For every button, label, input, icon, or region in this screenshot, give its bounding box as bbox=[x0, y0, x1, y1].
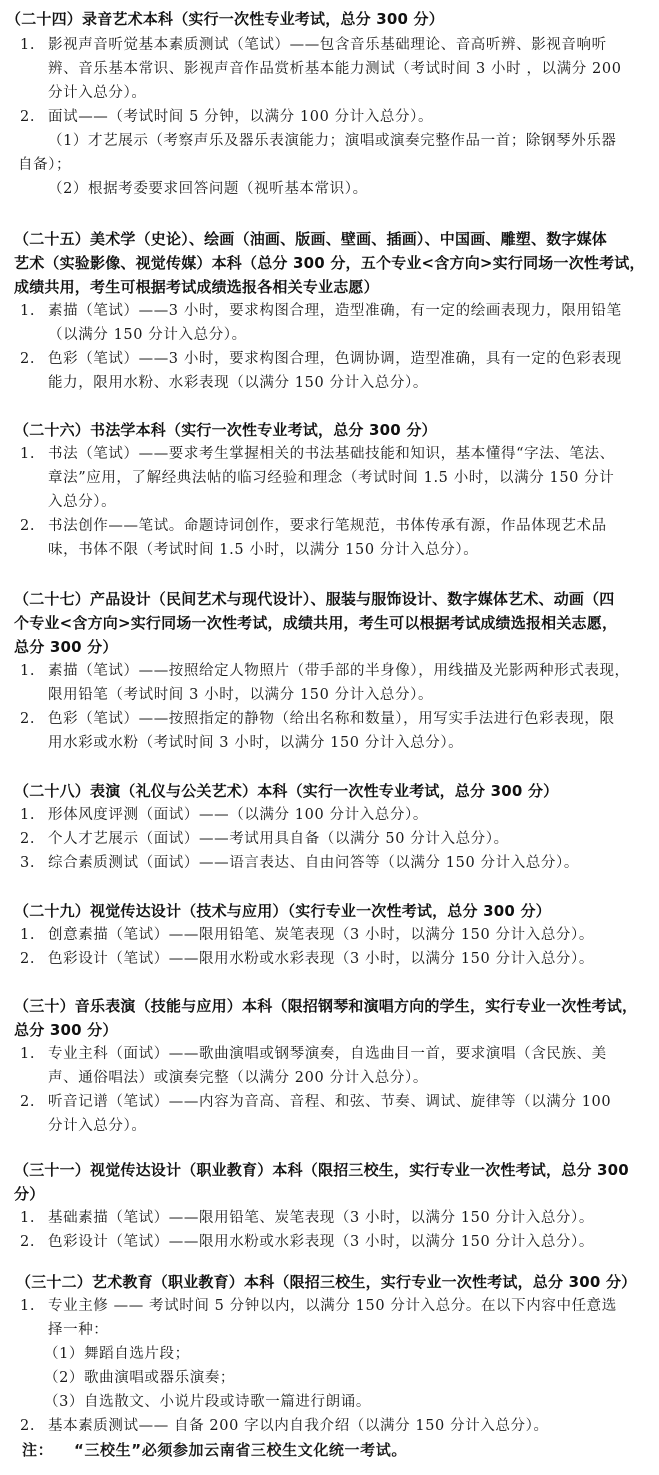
item-text: 个人才艺展示（面试）——考试用具自备（以满分 50 分计入总分）。 bbox=[48, 831, 509, 847]
item-text: 专业主修 —— 考试时间 5 分钟以内，以满分 150 分计入总分。在以下内容中… bbox=[48, 1298, 617, 1314]
item-number: 2. bbox=[0, 1232, 48, 1252]
item-number: 1. bbox=[0, 35, 48, 55]
item-number: 2. bbox=[0, 709, 48, 729]
item-text: 听音记谱（笔试）——内容为音高、音程、和弦、节奏、调试、旋律等（以满分 100 bbox=[48, 1094, 611, 1110]
section-24-subitem-1-cont: 自备）； bbox=[18, 155, 71, 175]
item-number: 2. bbox=[0, 949, 48, 969]
item-text: 创意素描（笔试）——限用铅笔、炭笔表现（3 小时，以满分 150 分计入总分）。 bbox=[48, 927, 594, 943]
section-28-item-1: 1.形体风度评测（面试）——（以满分 100 分计入总分）。 bbox=[0, 805, 428, 825]
section-26-heading: （二十六）书法学本科（实行一次性专业考试，总分 300 分） bbox=[14, 420, 437, 440]
item-number: 1. bbox=[0, 661, 48, 681]
section-32-subitem-1: （1）舞蹈自选片段； bbox=[0, 1344, 190, 1364]
section-30-heading: （三十）音乐表演（技能与应用）本科（限招钢琴和演唱方向的学生，实行专业一次性考试… bbox=[14, 996, 637, 1016]
section-24-item-2: 2.面试——（考试时间 5 分钟，以满分 100 分计入总分）。 bbox=[0, 107, 433, 127]
item-number: 2. bbox=[0, 1092, 48, 1112]
item-number: 2. bbox=[0, 516, 48, 536]
section-27-heading: 个专业<含方向>实行同场一次性考试，成绩共用，考生可以根据考试成绩选报相关志愿， bbox=[14, 613, 617, 633]
item-number: 1. bbox=[0, 1044, 48, 1064]
section-30-item-2: 2.听音记谱（笔试）——内容为音高、音程、和弦、节奏、调试、旋律等（以满分 10… bbox=[0, 1092, 611, 1112]
section-25-heading: （二十五）美术学（史论）、绘画（油画、版画、壁画、插画）、中国画、雕塑、数字媒体 bbox=[14, 229, 607, 249]
section-27-heading: （二十七）产品设计（民间艺术与现代设计）、服装与服饰设计、数字媒体艺术、动画（四 bbox=[14, 589, 615, 609]
item-number: 1. bbox=[0, 925, 48, 945]
section-28-item-2: 2.个人才艺展示（面试）——考试用具自备（以满分 50 分计入总分）。 bbox=[0, 829, 509, 849]
section-24-subitem-1: （1）才艺展示（考察声乐及器乐表演能力；演唱或演奏完整作品一首；除钢琴外乐器 bbox=[0, 131, 617, 151]
section-26-item-1: 1.书法（笔试）——要求考生掌握相关的书法基础技能和知识，基本懂得“字法、笔法、 bbox=[0, 444, 615, 464]
section-27-item-1: 1.素描（笔试）——按照给定人物照片（带手部的半身像），用线描及光影两种形式表现… bbox=[0, 661, 630, 681]
item-text: 色彩（笔试）——按照指定的静物（给出名称和数量），用写实手法进行色彩表现，限 bbox=[48, 711, 615, 727]
footnote: 注：“三校生”必须参加云南省三校生文化统一考试。 bbox=[22, 1440, 407, 1460]
section-26-item-1-cont: 入总分）。 bbox=[0, 492, 116, 512]
item-text: 色彩（笔试）——3 小时，要求构图合理，色调协调，造型准确，具有一定的色彩表现 bbox=[48, 351, 622, 367]
section-31-item-1: 1.基础素描（笔试）——限用铅笔、炭笔表现（3 小时，以满分 150 分计入总分… bbox=[0, 1208, 594, 1228]
section-31-heading: 分） bbox=[14, 1184, 44, 1204]
section-25-heading: 成绩共用，考生可根据考试成绩选报各相关专业志愿） bbox=[14, 277, 379, 297]
section-30-item-2-cont: 分计入总分）。 bbox=[0, 1116, 146, 1136]
section-32-item-1: 1.专业主修 —— 考试时间 5 分钟以内，以满分 150 分计入总分。在以下内… bbox=[0, 1296, 617, 1316]
section-28-heading: （二十八）表演（礼仪与公关艺术）本科（实行一次性专业考试，总分 300 分） bbox=[14, 781, 558, 801]
section-28-item-3: 3.综合素质测试（面试）——语言表达、自由问答等（以满分 150 分计入总分）。 bbox=[0, 853, 579, 873]
section-32-item-2: 2.基本素质测试—— 自备 200 字以内自我介绍（以满分 150 分计入总分）… bbox=[0, 1416, 549, 1436]
section-25-heading: 艺术（实验影像、视觉传媒）本科（总分 300 分，五个专业<含方向>实行同场一次… bbox=[14, 253, 645, 273]
section-32-subitem-2: （2）歌曲演唱或器乐演奏； bbox=[0, 1368, 235, 1388]
item-text: 基本素质测试—— 自备 200 字以内自我介绍（以满分 150 分计入总分）。 bbox=[48, 1418, 549, 1434]
section-29-heading: （二十九）视觉传达设计（技术与应用）（实行专业一次性考试，总分 300 分） bbox=[14, 901, 551, 921]
section-27-item-2-cont: 用水彩或水粉（考试时间 3 小时，以满分 150 分计入总分）。 bbox=[0, 733, 463, 753]
section-24-item-1-cont: 分计入总分）。 bbox=[0, 83, 146, 103]
section-24-subitem-2: （2）根据考委要求回答问题（视听基本常识）。 bbox=[0, 179, 368, 199]
footnote-text: “三校生”必须参加云南省三校生文化统一考试。 bbox=[74, 1441, 407, 1459]
section-26-item-2-cont: 味，书体不限（考试时间 1.5 小时，以满分 150 分计入总分）。 bbox=[0, 540, 478, 560]
item-text: 综合素质测试（面试）——语言表达、自由问答等（以满分 150 分计入总分）。 bbox=[48, 855, 579, 871]
section-30-item-1: 1.专业主科（面试）——歌曲演唱或钢琴演奏，自选曲目一首，要求演唱（含民族、美 bbox=[0, 1044, 607, 1064]
item-text: 基础素描（笔试）——限用铅笔、炭笔表现（3 小时，以满分 150 分计入总分）。 bbox=[48, 1210, 594, 1226]
item-number: 3. bbox=[0, 853, 48, 873]
section-25-item-2-cont: 能力，限用水粉、水彩表现（以满分 150 分计入总分）。 bbox=[0, 373, 428, 393]
item-text: 书法（笔试）——要求考生掌握相关的书法基础技能和知识，基本懂得“字法、笔法、 bbox=[48, 446, 615, 462]
item-number: 2. bbox=[0, 349, 48, 369]
section-27-item-2: 2.色彩（笔试）——按照指定的静物（给出名称和数量），用写实手法进行色彩表现，限 bbox=[0, 709, 615, 729]
section-25-item-1-cont: （以满分 150 分计入总分）。 bbox=[0, 325, 247, 345]
section-25-item-2: 2.色彩（笔试）——3 小时，要求构图合理，色调协调，造型准确，具有一定的色彩表… bbox=[0, 349, 622, 369]
section-31-heading: （三十一）视觉传达设计（职业教育）本科（限招三校生，实行专业一次性考试，总分 3… bbox=[14, 1160, 629, 1180]
item-text: 色彩设计（笔试）——限用水粉或水彩表现（3 小时，以满分 150 分计入总分）。 bbox=[48, 1234, 594, 1250]
item-text: 素描（笔试）——3 小时，要求构图合理，造型准确，有一定的绘画表现力，限用铅笔 bbox=[48, 303, 622, 319]
item-number: 1. bbox=[0, 1208, 48, 1228]
section-29-item-2: 2.色彩设计（笔试）——限用水粉或水彩表现（3 小时，以满分 150 分计入总分… bbox=[0, 949, 594, 969]
section-27-heading: 总分 300 分） bbox=[14, 637, 118, 657]
item-text: 面试——（考试时间 5 分钟，以满分 100 分计入总分）。 bbox=[48, 109, 433, 125]
section-30-heading: 总分 300 分） bbox=[14, 1020, 118, 1040]
section-29-item-1: 1.创意素描（笔试）——限用铅笔、炭笔表现（3 小时，以满分 150 分计入总分… bbox=[0, 925, 594, 945]
footnote-label: 注： bbox=[22, 1440, 74, 1460]
section-25-item-1: 1.素描（笔试）——3 小时，要求构图合理，造型准确，有一定的绘画表现力，限用铅… bbox=[0, 301, 622, 321]
item-number: 1. bbox=[0, 805, 48, 825]
item-number: 2. bbox=[0, 107, 48, 127]
item-number: 1. bbox=[0, 301, 48, 321]
item-number: 1. bbox=[0, 444, 48, 464]
section-26-item-1-cont: 章法”应用，了解经典法帖的临习经验和理念（考试时间 1.5 小时，以满分 150… bbox=[0, 468, 614, 488]
section-26-item-2: 2.书法创作——笔试。命题诗词创作，要求行笔规范，书体传承有源，作品体现艺术品 bbox=[0, 516, 607, 536]
section-24-item-1-cont: 辨、音乐基本常识、影视声音作品赏析基本能力测试（考试时间 3 小时 ，以满分 2… bbox=[0, 59, 622, 79]
section-32-item-1-cont: 择一种： bbox=[0, 1320, 108, 1340]
item-number: 2. bbox=[0, 829, 48, 849]
section-32-subitem-3: （3）自选散文、小说片段或诗歌一篇进行朗诵。 bbox=[0, 1392, 371, 1412]
section-27-item-1-cont: 限用铅笔（考试时间 3 小时，以满分 150 分计入总分）。 bbox=[0, 685, 433, 705]
item-text: 影视声音听觉基本素质测试（笔试）——包含音乐基础理论、音高听辨、影视音响听 bbox=[48, 37, 607, 53]
section-32-heading: （三十二）艺术教育（职业教育）本科（限招三校生，实行专业一次性考试，总分 300… bbox=[16, 1272, 636, 1292]
item-number: 1. bbox=[0, 1296, 48, 1316]
item-text: 专业主科（面试）——歌曲演唱或钢琴演奏，自选曲目一首，要求演唱（含民族、美 bbox=[48, 1046, 607, 1062]
item-text: 色彩设计（笔试）——限用水粉或水彩表现（3 小时，以满分 150 分计入总分）。 bbox=[48, 951, 594, 967]
section-31-item-2: 2.色彩设计（笔试）——限用水粉或水彩表现（3 小时，以满分 150 分计入总分… bbox=[0, 1232, 594, 1252]
item-number: 2. bbox=[0, 1416, 48, 1436]
section-24-item-1: 1.影视声音听觉基本素质测试（笔试）——包含音乐基础理论、音高听辨、影视音响听 bbox=[0, 35, 607, 55]
item-text: 书法创作——笔试。命题诗词创作，要求行笔规范，书体传承有源，作品体现艺术品 bbox=[48, 518, 607, 534]
item-text: 形体风度评测（面试）——（以满分 100 分计入总分）。 bbox=[48, 807, 428, 823]
item-text: 素描（笔试）——按照给定人物照片（带手部的半身像），用线描及光影两种形式表现， bbox=[48, 663, 630, 679]
section-24-heading: （二十四）录音艺术本科（实行一次性专业考试，总分 300 分） bbox=[6, 9, 444, 29]
section-30-item-1-cont: 声、通俗唱法）或演奏完整（以满分 200 分计入总分）。 bbox=[0, 1068, 428, 1088]
